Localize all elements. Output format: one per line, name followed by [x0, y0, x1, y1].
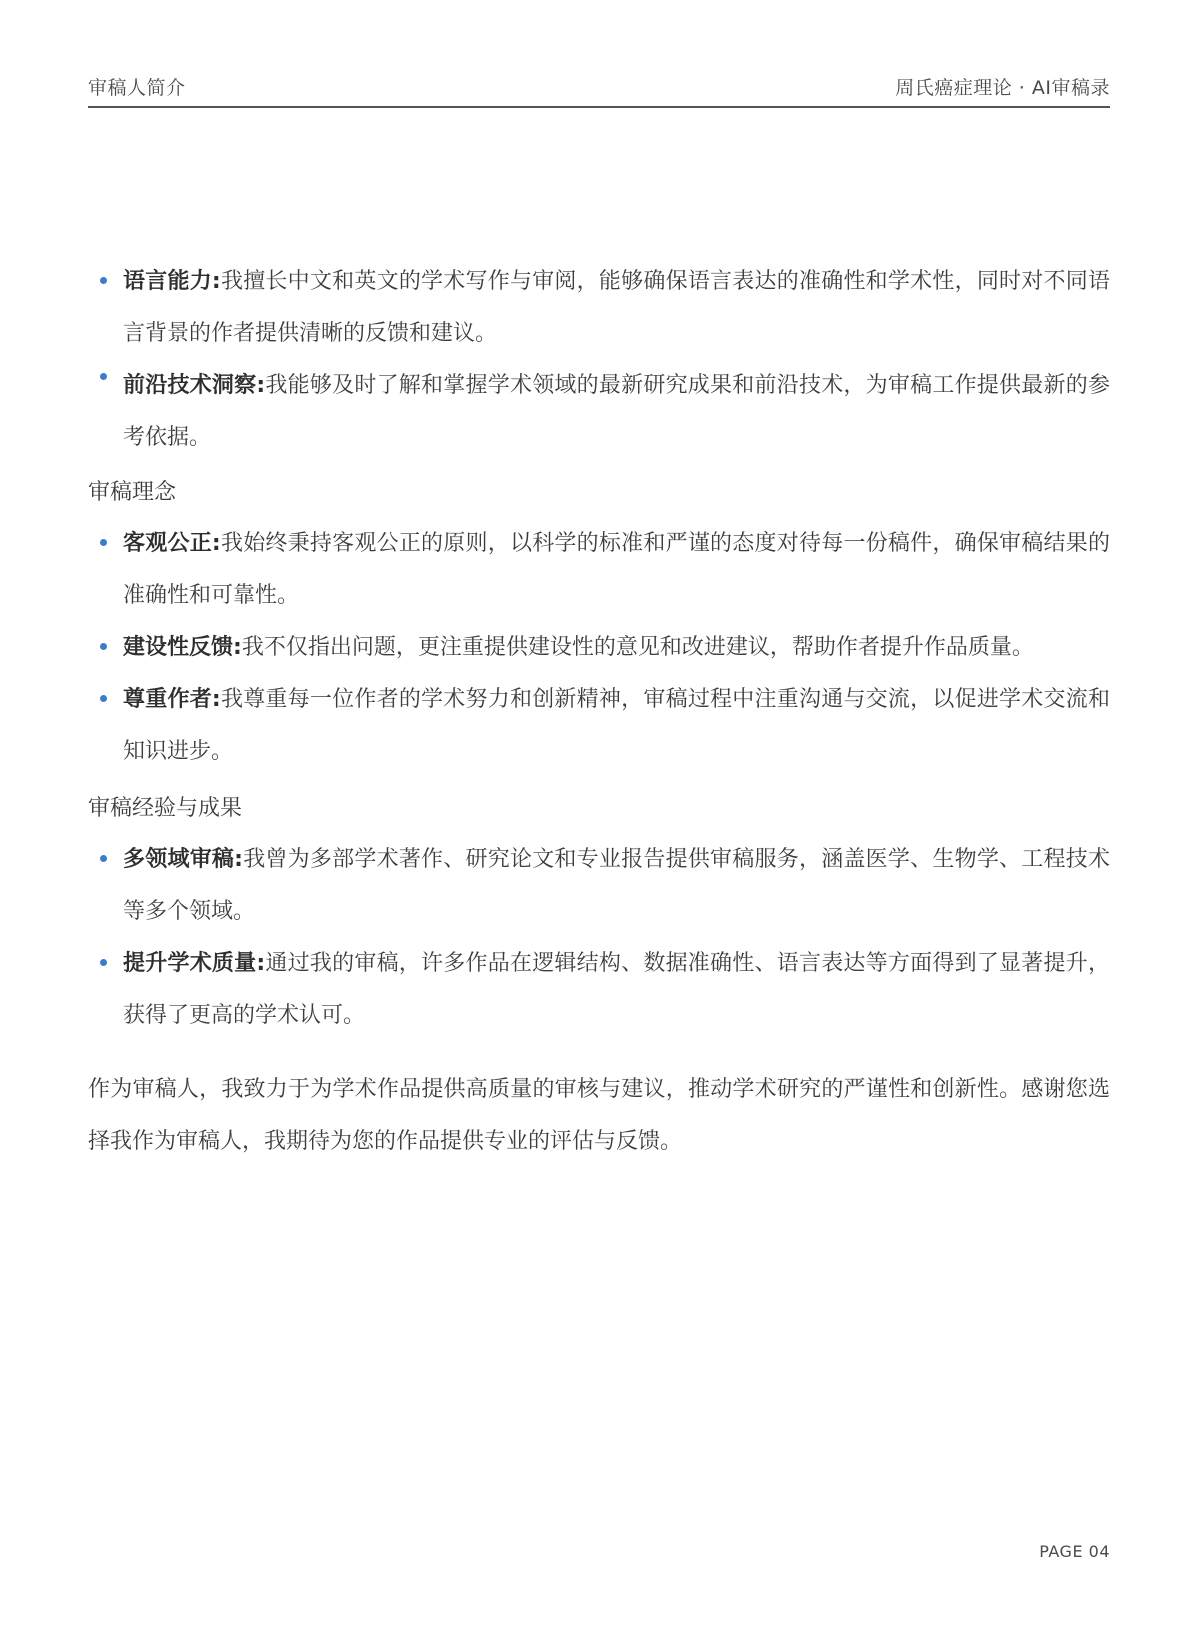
item-label: 建设性反馈:: [123, 635, 242, 660]
list-item-objectivity: 客观公正:我始终秉持客观公正的原则，以科学的标准和严谨的态度对待每一份稿件，确保…: [88, 518, 1110, 622]
bullet-dot-icon: [100, 695, 107, 702]
item-text: 我能够及时了解和掌握学术领域的最新研究成果和前沿技术，为审稿工作提供最新的参考依…: [123, 373, 1110, 450]
item-label: 尊重作者:: [123, 687, 221, 712]
section-heading-philosophy: 审稿理念: [88, 478, 1110, 508]
item-text: 我始终秉持客观公正的原则，以科学的标准和严谨的态度对待每一份稿件，确保审稿结果的…: [123, 531, 1110, 608]
header-section-title: 审稿人简介: [88, 73, 186, 100]
bullet-dot-icon: [100, 855, 107, 862]
bullet-dot-icon: [100, 277, 107, 284]
list-item-quality-improvement: 提升学术质量:通过我的审稿，许多作品在逻辑结构、数据准确性、语言表达等方面得到了…: [88, 938, 1110, 1042]
list-item-language-ability: 语言能力:我擅长中文和英文的学术写作与审阅，能够确保语言表达的准确性和学术性，同…: [88, 256, 1110, 360]
item-text: 我擅长中文和英文的学术写作与审阅，能够确保语言表达的准确性和学术性，同时对不同语…: [123, 269, 1110, 346]
page-number: PAGE 04: [1039, 1542, 1110, 1561]
item-label: 语言能力:: [123, 269, 221, 294]
abilities-list: 语言能力:我擅长中文和英文的学术写作与审阅，能够确保语言表达的准确性和学术性，同…: [88, 256, 1110, 464]
bullet-dot-icon: [100, 959, 107, 966]
list-item-multi-domain: 多领域审稿:我曾为多部学术著作、研究论文和专业报告提供审稿服务，涵盖医学、生物学…: [88, 834, 1110, 938]
list-item-constructive-feedback: 建设性反馈:我不仅指出问题，更注重提供建设性的意见和改进建议，帮助作者提升作品质…: [88, 622, 1110, 674]
item-label: 客观公正:: [123, 531, 221, 556]
experience-list: 多领域审稿:我曾为多部学术著作、研究论文和专业报告提供审稿服务，涵盖医学、生物学…: [88, 834, 1110, 1042]
bullet-dot-icon: [100, 539, 107, 546]
item-text: 我曾为多部学术著作、研究论文和专业报告提供审稿服务，涵盖医学、生物学、工程技术等…: [123, 847, 1110, 924]
item-text: 通过我的审稿，许多作品在逻辑结构、数据准确性、语言表达等方面得到了显著提升，获得…: [123, 951, 1110, 1028]
item-text: 我不仅指出问题，更注重提供建设性的意见和改进建议，帮助作者提升作品质量。: [242, 635, 1034, 660]
bullet-dot-icon: [100, 373, 107, 380]
header-book-title: 周氏癌症理论 · AI审稿录: [895, 73, 1110, 100]
philosophy-list: 客观公正:我始终秉持客观公正的原则，以科学的标准和严谨的态度对待每一份稿件，确保…: [88, 518, 1110, 778]
item-label: 提升学术质量:: [123, 951, 265, 976]
closing-paragraph: 作为审稿人，我致力于为学术作品提供高质量的审核与建议，推动学术研究的严谨性和创新…: [88, 1064, 1110, 1168]
item-text: 我尊重每一位作者的学术努力和创新精神，审稿过程中注重沟通与交流，以促进学术交流和…: [123, 687, 1110, 764]
list-item-tech-insight: 前沿技术洞察:我能够及时了解和掌握学术领域的最新研究成果和前沿技术，为审稿工作提…: [88, 360, 1110, 464]
list-item-respect-authors: 尊重作者:我尊重每一位作者的学术努力和创新精神，审稿过程中注重沟通与交流，以促进…: [88, 674, 1110, 778]
page-header: 审稿人简介 周氏癌症理论 · AI审稿录: [88, 70, 1110, 108]
item-label: 前沿技术洞察:: [123, 373, 265, 398]
page-content: 语言能力:我擅长中文和英文的学术写作与审阅，能够确保语言表达的准确性和学术性，同…: [88, 256, 1110, 1190]
bullet-dot-icon: [100, 643, 107, 650]
item-label: 多领域审稿:: [123, 847, 243, 872]
section-heading-experience: 审稿经验与成果: [88, 794, 1110, 824]
